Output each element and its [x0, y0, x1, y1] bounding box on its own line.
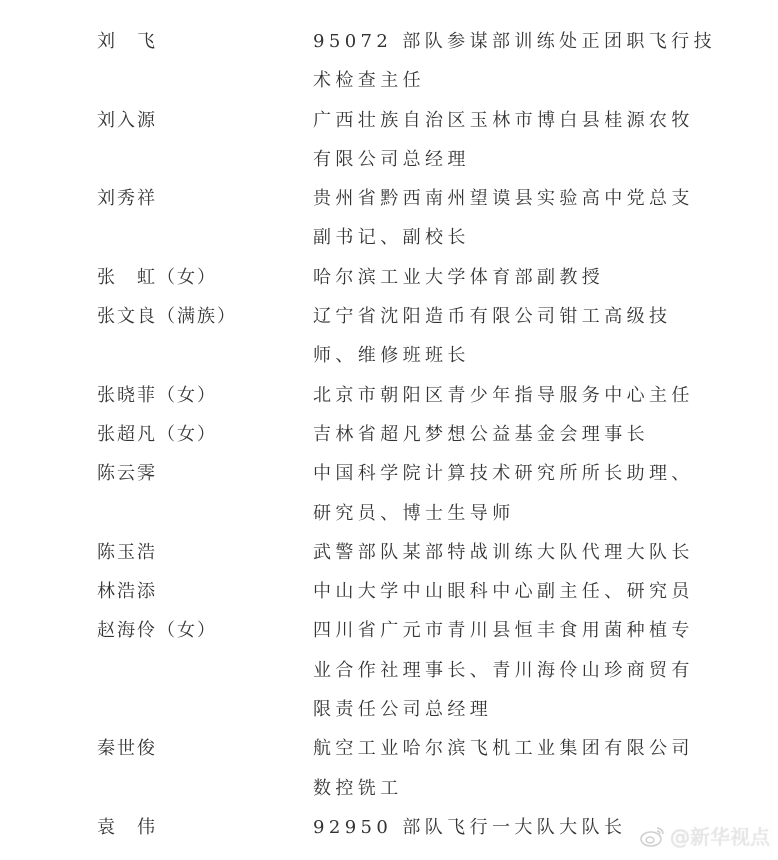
member-name: 袁 伟 — [97, 808, 313, 847]
position-line: 95072 部队参谋部训练处正团职飞行技 — [313, 22, 697, 61]
member-name: 秦世俊 — [97, 729, 313, 768]
position-line: 广西壮族自治区玉林市博白县桂源农牧 — [313, 101, 697, 140]
list-item: 陈云霁 中国科学院计算技术研究所所长助理、 研究员、博士生导师 — [97, 454, 697, 533]
member-name: 刘秀祥 — [97, 179, 313, 218]
list-item: 陈玉浩 武警部队某部特战训练大队代理大队长 — [97, 533, 697, 572]
list-item: 张文良（满族） 辽宁省沈阳造币有限公司钳工高级技 师、维修班班长 — [97, 297, 697, 376]
position-line: 哈尔滨工业大学体育部副教授 — [313, 258, 697, 297]
member-list: 刘 飞 95072 部队参谋部训练处正团职飞行技 术检查主任 刘入源 广西壮族自… — [97, 22, 697, 847]
position-line: 辽宁省沈阳造币有限公司钳工高级技 — [313, 297, 697, 336]
list-item: 秦世俊 航空工业哈尔滨飞机工业集团有限公司 数控铣工 — [97, 729, 697, 808]
member-name: 张文良（满族） — [97, 297, 313, 336]
member-name: 赵海伶（女） — [97, 611, 313, 650]
position-line: 吉林省超凡梦想公益基金会理事长 — [313, 415, 697, 454]
list-item: 林浩添 中山大学中山眼科中心副主任、研究员 — [97, 572, 697, 611]
member-name: 刘 飞 — [97, 22, 313, 61]
position-line: 四川省广元市青川县恒丰食用菌种植专 — [313, 611, 697, 650]
position-line: 有限公司总经理 — [313, 140, 697, 179]
member-position: 航空工业哈尔滨飞机工业集团有限公司 数控铣工 — [313, 729, 697, 808]
member-position: 中山大学中山眼科中心副主任、研究员 — [313, 572, 697, 611]
member-name: 陈玉浩 — [97, 533, 313, 572]
position-line: 贵州省黔西南州望谟县实验高中党总支 — [313, 179, 697, 218]
position-line: 研究员、博士生导师 — [313, 494, 697, 533]
member-name: 陈云霁 — [97, 454, 313, 493]
position-line: 限责任公司总经理 — [313, 690, 697, 729]
member-position: 辽宁省沈阳造币有限公司钳工高级技 师、维修班班长 — [313, 297, 697, 376]
list-item: 张 虹（女） 哈尔滨工业大学体育部副教授 — [97, 258, 697, 297]
watermark: @新华视点 — [640, 821, 770, 850]
member-name: 张超凡（女） — [97, 415, 313, 454]
member-name: 张 虹（女） — [97, 258, 313, 297]
list-item: 张超凡（女） 吉林省超凡梦想公益基金会理事长 — [97, 415, 697, 454]
position-line: 北京市朝阳区青少年指导服务中心主任 — [313, 376, 697, 415]
member-name: 林浩添 — [97, 572, 313, 611]
position-line: 航空工业哈尔滨飞机工业集团有限公司 — [313, 729, 697, 768]
member-position: 中国科学院计算技术研究所所长助理、 研究员、博士生导师 — [313, 454, 697, 533]
position-line: 中山大学中山眼科中心副主任、研究员 — [313, 572, 697, 611]
list-item: 刘 飞 95072 部队参谋部训练处正团职飞行技 术检查主任 — [97, 22, 697, 101]
member-position: 哈尔滨工业大学体育部副教授 — [313, 258, 697, 297]
member-name: 刘入源 — [97, 101, 313, 140]
position-line: 数控铣工 — [313, 769, 697, 808]
weibo-icon — [640, 825, 666, 847]
member-position: 四川省广元市青川县恒丰食用菌种植专 业合作社理事长、青川海伶山珍商贸有 限责任公… — [313, 611, 697, 729]
member-position: 贵州省黔西南州望谟县实验高中党总支 副书记、副校长 — [313, 179, 697, 258]
position-line: 师、维修班班长 — [313, 336, 697, 375]
member-position: 北京市朝阳区青少年指导服务中心主任 — [313, 376, 697, 415]
list-item: 刘入源 广西壮族自治区玉林市博白县桂源农牧 有限公司总经理 — [97, 101, 697, 180]
member-position: 吉林省超凡梦想公益基金会理事长 — [313, 415, 697, 454]
position-line: 副书记、副校长 — [313, 218, 697, 257]
position-line: 武警部队某部特战训练大队代理大队长 — [313, 533, 697, 572]
member-position: 95072 部队参谋部训练处正团职飞行技 术检查主任 — [313, 22, 697, 101]
position-line: 术检查主任 — [313, 61, 697, 100]
member-position: 武警部队某部特战训练大队代理大队长 — [313, 533, 697, 572]
list-item: 张晓菲（女） 北京市朝阳区青少年指导服务中心主任 — [97, 376, 697, 415]
list-item: 赵海伶（女） 四川省广元市青川县恒丰食用菌种植专 业合作社理事长、青川海伶山珍商… — [97, 611, 697, 729]
position-line: 中国科学院计算技术研究所所长助理、 — [313, 454, 697, 493]
watermark-text: @新华视点 — [670, 821, 770, 850]
list-item: 刘秀祥 贵州省黔西南州望谟县实验高中党总支 副书记、副校长 — [97, 179, 697, 258]
member-position: 广西壮族自治区玉林市博白县桂源农牧 有限公司总经理 — [313, 101, 697, 180]
member-name: 张晓菲（女） — [97, 376, 313, 415]
list-item: 袁 伟 92950 部队飞行一大队大队长 — [97, 808, 697, 847]
position-line: 业合作社理事长、青川海伶山珍商贸有 — [313, 651, 697, 690]
